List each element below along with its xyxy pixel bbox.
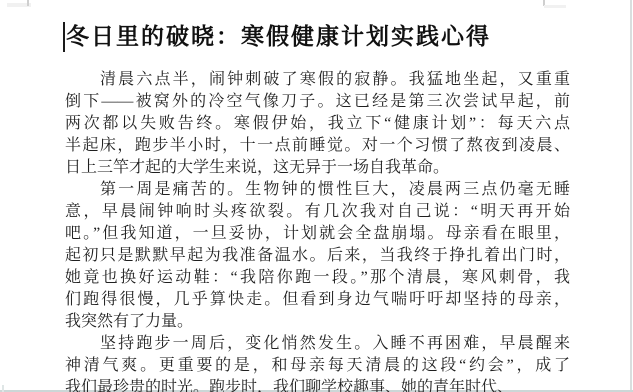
page-right-border (630, 0, 632, 392)
text-line: 我们最珍贵的时光。跑步时，我们聊学校趣事、她的青年时代、 (65, 377, 570, 392)
document-body[interactable]: 清晨六点半，闹钟刺破了寒假的寂静。我猛地坐起，又重重倒下——被窝外的冷空气像刀子… (65, 69, 570, 392)
text-cursor (63, 22, 65, 52)
text-line: 吧。”但我知道，一旦妥协，计划就会全盘崩塌。母亲看在眼里， (65, 223, 570, 245)
cropped-ui-fragment-left-edge (27, 0, 29, 6)
text-line: 清晨六点半，闹钟刺破了寒假的寂静。我猛地坐起，又重重 (65, 69, 570, 91)
text-line: 倒下——被窝外的冷空气像刀子。这已经是第三次尝试早起，前 (65, 91, 570, 113)
text-line: 我突然有了力量。 (65, 311, 570, 333)
text-line: 两次都以失败告终。寒假伊始，我立下“健康计划”：每天六点 (65, 113, 570, 135)
text-line: 她竟也换好运动鞋：“我陪你跑一段。”那个清晨，寒风刺骨，我 (65, 267, 570, 289)
text-line: 第一周是痛苦的。生物钟的惯性巨大，凌晨两三点仍毫无睡 (65, 179, 570, 201)
text-line: 起初只是默默早起为我准备温水。后来，当我终于挣扎着出门时， (65, 245, 570, 267)
text-line: 日上三竿才起的大学生来说，这无异于一场自我革命。 (65, 157, 570, 179)
document-window: 冬日里的破晓：寒假健康计划实践心得 清晨六点半，闹钟刺破了寒假的寂静。我猛地坐起… (0, 0, 633, 392)
cropped-ui-fragment-right (544, 5, 566, 8)
text-line: 们跑得很慢，几乎算快走。但看到身边气喘吁吁却坚持的母亲， (65, 289, 570, 311)
document-title[interactable]: 冬日里的破晓：寒假健康计划实践心得 (66, 22, 491, 52)
text-line: 神清气爽。更重要的是，和母亲每天清晨的这段“约会”，成了 (65, 355, 570, 377)
text-line: 意，早晨闹钟响时头疼欲裂。有几次我对自己说：“明天再开始 (65, 201, 570, 223)
text-line: 半起床，跑步半小时，十一点前睡觉。对一个习惯了熬夜到凌晨、 (65, 135, 570, 157)
text-line: 坚持跑步一周后，变化悄然发生。入睡不再困难，早晨醒来 (65, 333, 570, 355)
page-bottom-left-tick (2, 385, 4, 392)
title-row: 冬日里的破晓：寒假健康计划实践心得 (63, 22, 491, 52)
